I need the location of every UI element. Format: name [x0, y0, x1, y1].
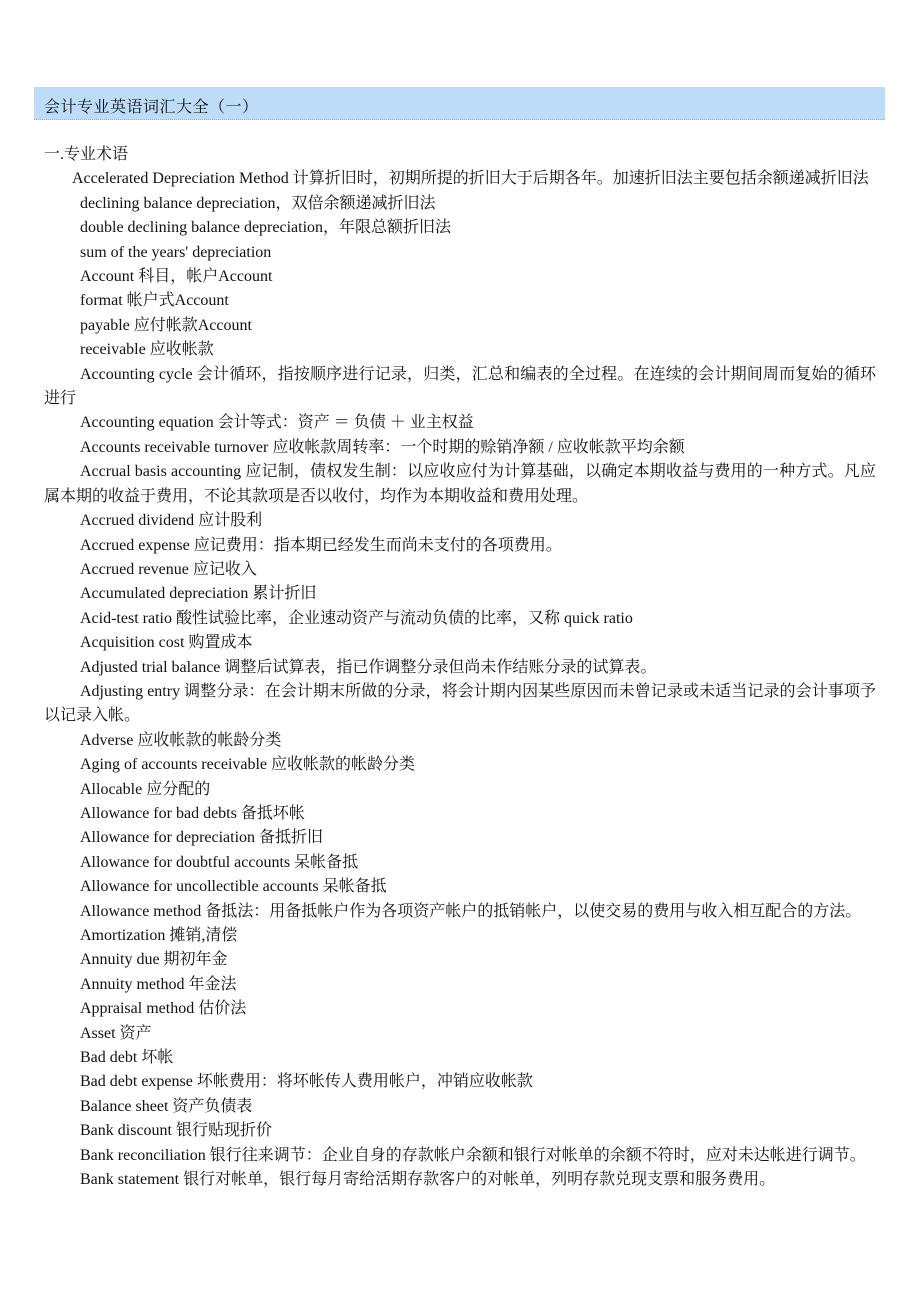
glossary-entry: Accrued expense 应记费用：指本期已经发生而尚未支付的各项费用。	[44, 534, 876, 558]
glossary-entry: Bank discount 银行贴现折价	[44, 1119, 876, 1143]
glossary-entry: Adjusting entry 调整分录：在会计期末所做的分录，将会计期内因某些…	[44, 680, 876, 729]
glossary-entry: Allocable 应分配的	[44, 778, 876, 802]
glossary-entry: Bank statement 银行对帐单，银行每月寄给活期存款客户的对帐单，列明…	[44, 1168, 876, 1192]
section-heading: 一.专业术语	[44, 143, 876, 167]
glossary-entry: Asset 资产	[44, 1022, 876, 1046]
glossary-entry: Adjusted trial balance 调整后试算表，指已作调整分录但尚未…	[44, 656, 876, 680]
glossary-entry: Allowance method 备抵法：用备抵帐户作为各项资产帐户的抵销帐户，…	[44, 900, 876, 924]
glossary-entry: Appraisal method 估价法	[44, 997, 876, 1021]
glossary-entry: Accrued revenue 应记收入	[44, 558, 876, 582]
glossary-entry: format 帐户式Account	[44, 289, 876, 313]
glossary-entry: Annuity method 年金法	[44, 973, 876, 997]
glossary-entry: Accrued dividend 应计股利	[44, 509, 876, 533]
glossary-entry: Balance sheet 资产负债表	[44, 1095, 876, 1119]
glossary-entry: Allowance for uncollectible accounts 呆帐备…	[44, 875, 876, 899]
glossary-entry: Aging of accounts receivable 应收帐款的帐龄分类	[44, 753, 876, 777]
glossary-entry: double declining balance depreciation，年限…	[44, 216, 876, 240]
document-body: 一.专业术语 Accelerated Depreciation Method 计…	[44, 143, 876, 1192]
glossary-entry: Adverse 应收帐款的帐龄分类	[44, 729, 876, 753]
glossary-entry: Bad debt 坏帐	[44, 1046, 876, 1070]
glossary-entry: Account 科目，帐户Account	[44, 265, 876, 289]
glossary-entry: Accrual basis accounting 应记制，债权发生制：以应收应付…	[44, 460, 876, 509]
glossary-entry: Amortization 摊销,清偿	[44, 924, 876, 948]
glossary-entry: Allowance for depreciation 备抵折旧	[44, 826, 876, 850]
glossary-entry: Accounting equation 会计等式：资产 ＝ 负债 ＋ 业主权益	[44, 411, 876, 435]
glossary-entry: Annuity due 期初年金	[44, 948, 876, 972]
glossary-list: Accelerated Depreciation Method 计算折旧时，初期…	[44, 167, 876, 1192]
glossary-entry: Allowance for doubtful accounts 呆帐备抵	[44, 851, 876, 875]
document-title-bar: 会计专业英语词汇大全（一）	[34, 87, 885, 120]
glossary-entry: Acquisition cost 购置成本	[44, 631, 876, 655]
glossary-entry: payable 应付帐款Account	[44, 314, 876, 338]
glossary-entry: receivable 应收帐款	[44, 338, 876, 362]
glossary-entry: Allowance for bad debts 备抵坏帐	[44, 802, 876, 826]
glossary-entry: Accumulated depreciation 累计折旧	[44, 582, 876, 606]
glossary-entry: sum of the years' depreciation	[44, 241, 876, 265]
glossary-entry: Bad debt expense 坏帐费用：将坏帐传人费用帐户，冲销应收帐款	[44, 1070, 876, 1094]
glossary-entry: Accounting cycle 会计循环，指按顺序进行记录，归类，汇总和编表的…	[44, 363, 876, 412]
glossary-entry: Accelerated Depreciation Method 计算折旧时，初期…	[44, 167, 876, 191]
glossary-entry: Accounts receivable turnover 应收帐款周转率：一个时…	[44, 436, 876, 460]
glossary-entry: Acid-test ratio 酸性试验比率，企业速动资产与流动负债的比率，又称…	[44, 607, 876, 631]
glossary-entry: declining balance depreciation，双倍余额递减折旧法	[44, 192, 876, 216]
glossary-entry: Bank reconciliation 银行往来调节：企业自身的存款帐户余额和银…	[44, 1144, 876, 1168]
document-title: 会计专业英语词汇大全（一）	[44, 94, 259, 117]
